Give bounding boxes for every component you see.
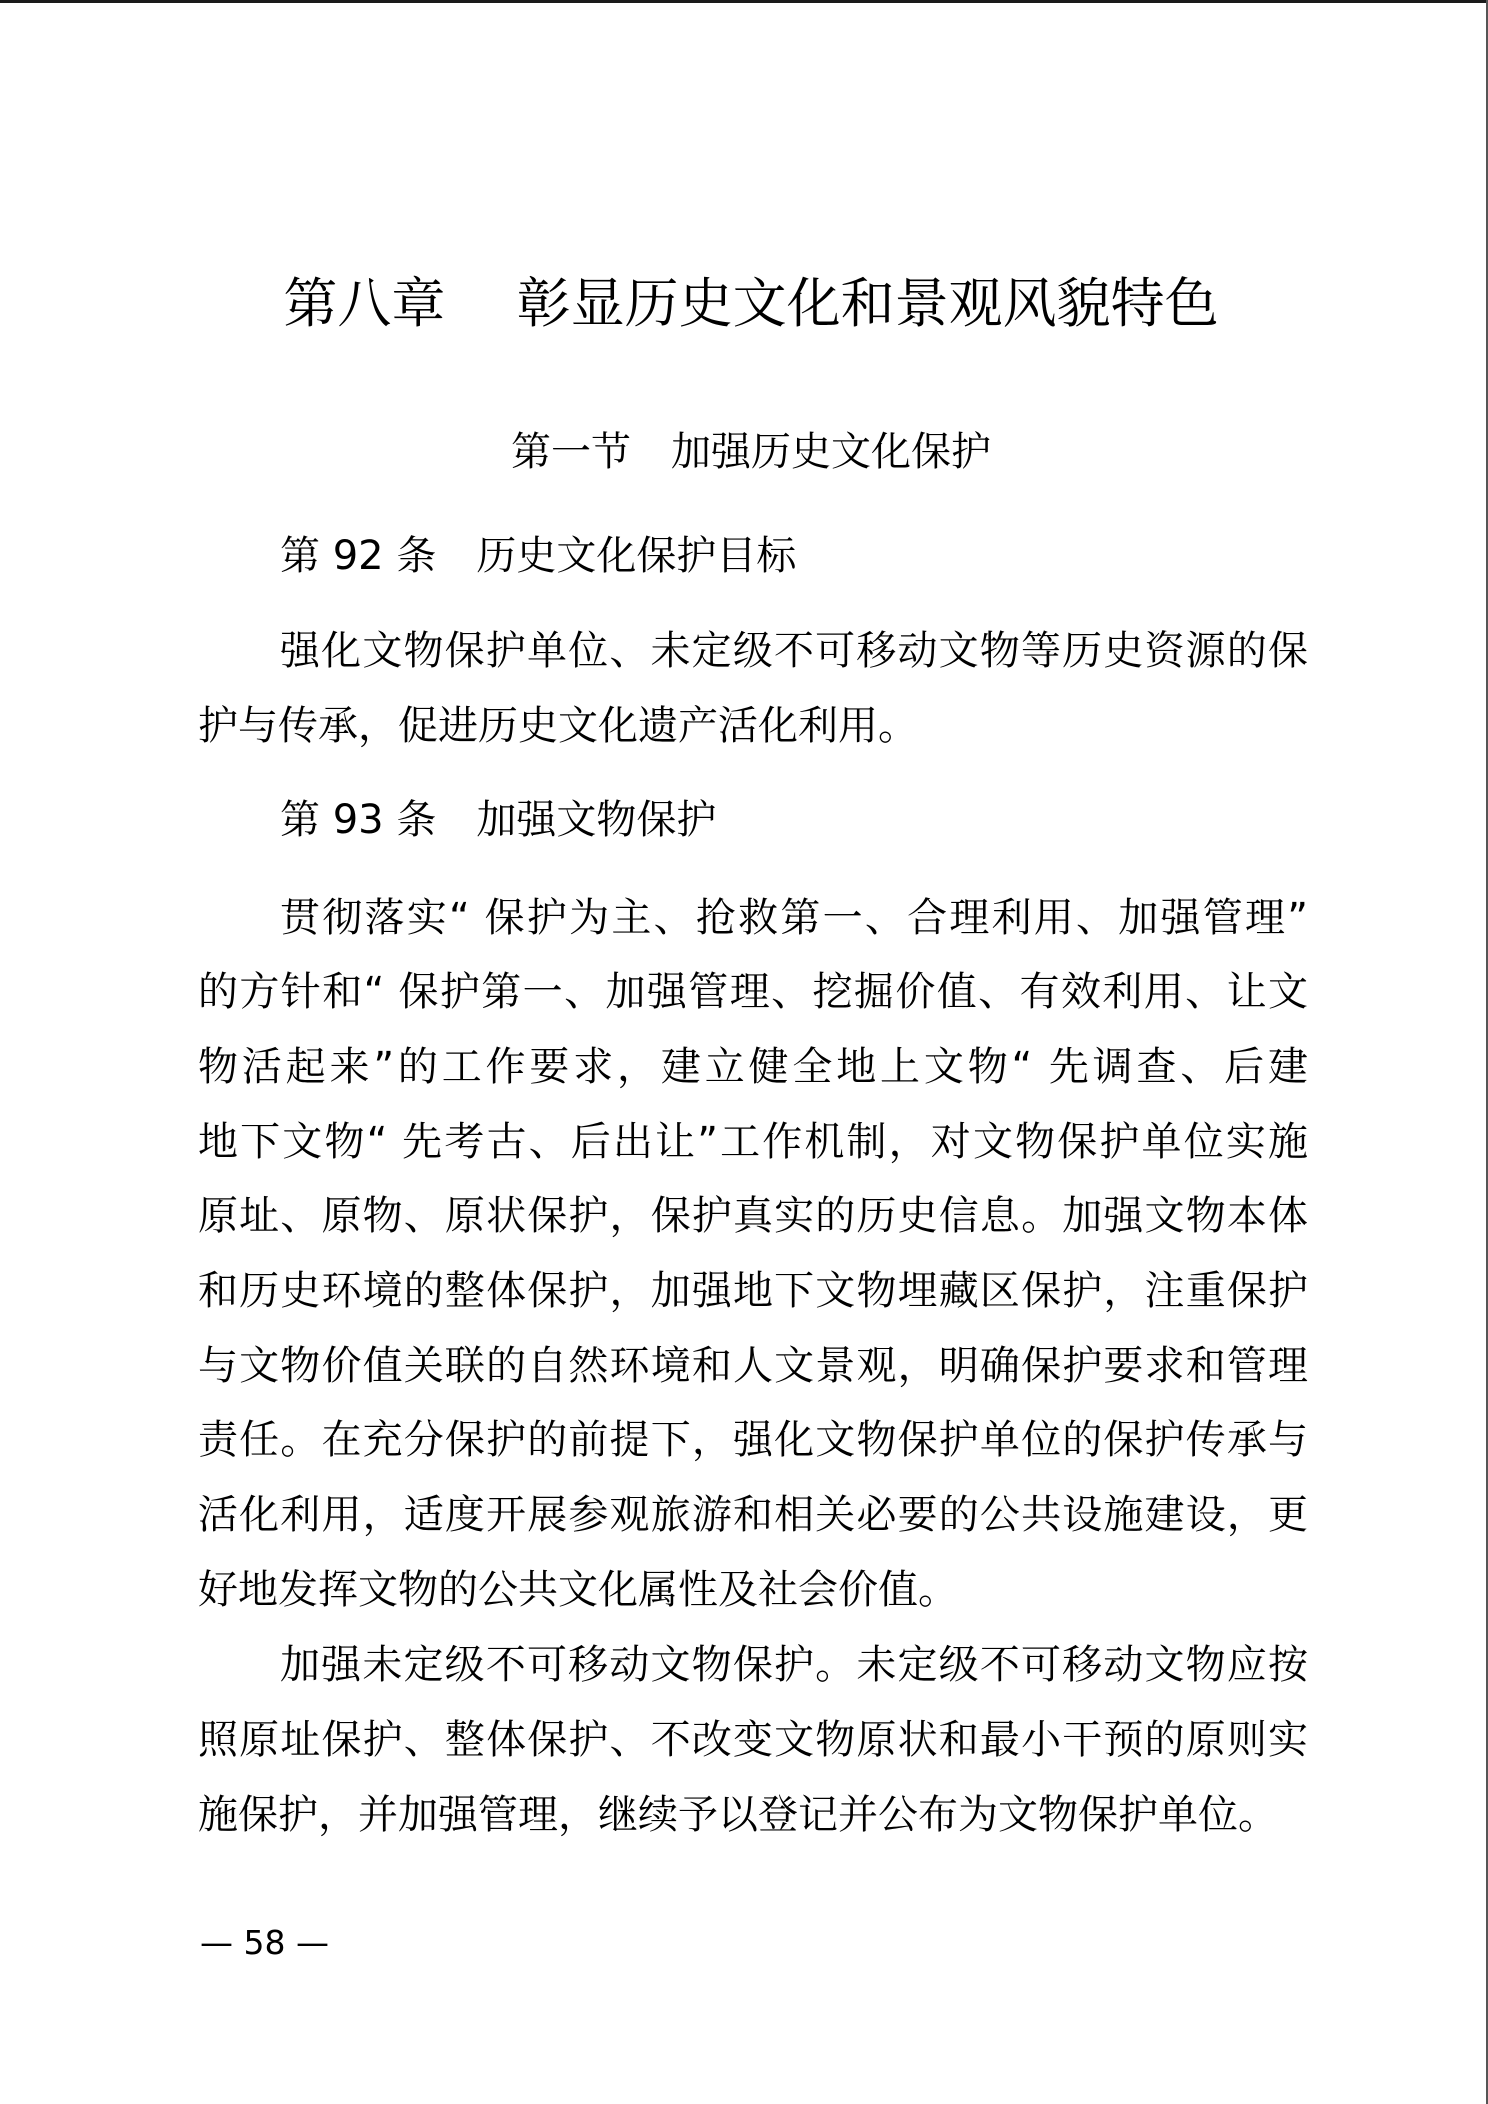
article-93-paragraph-1-line-1: 贯彻落实“ 保护为主、抢救第一、合理利用、加强管理”	[280, 880, 1308, 956]
article-93-paragraph-2-line-1: 加强未定级不可移动文物保护。未定级不可移动文物应按	[280, 1627, 1308, 1703]
article-93-paragraph-1-line-7: 与文物价值关联的自然环境和人文景观，明确保护要求和管理	[198, 1328, 1308, 1404]
article-93-paragraph-1-line-10: 好地发挥文物的公共文化属性及社会价值。	[198, 1552, 1308, 1628]
article-93-heading: 第 93 条 加强文物保护	[280, 782, 1308, 858]
document-page: 第八章 彰显历史文化和景观风貌特色 第一节 加强历史文化保护 第 92 条 历史…	[0, 0, 1488, 2104]
article-93-paragraph-1-line-3: 物活起来”的工作要求，建立健全地上文物“ 先调查、后建设”、	[198, 1029, 1308, 1105]
article-92-paragraph-1-line-2: 护与传承，促进历史文化遗产活化利用。	[198, 688, 1308, 764]
article-93-paragraph-1-line-5: 原址、原物、原状保护，保护真实的历史信息。加强文物本体	[198, 1178, 1308, 1254]
article-93-paragraph-1-line-9: 活化利用，适度开展参观旅游和相关必要的公共设施建设，更	[198, 1477, 1308, 1553]
article-93-paragraph-2-line-2: 照原址保护、整体保护、不改变文物原状和最小干预的原则实	[198, 1702, 1308, 1778]
chapter-title: 第八章 彰显历史文化和景观风貌特色	[0, 264, 1488, 344]
article-93-paragraph-1-line-4: 地下文物“ 先考古、后出让”工作机制，对文物保护单位实施	[198, 1104, 1308, 1180]
section-title: 第一节 加强历史文化保护	[0, 414, 1488, 490]
article-93-paragraph-1-line-8: 责任。在充分保护的前提下，强化文物保护单位的保护传承与	[198, 1402, 1308, 1478]
article-93-paragraph-1-line-6: 和历史环境的整体保护，加强地下文物埋藏区保护，注重保护	[198, 1253, 1308, 1329]
article-93-paragraph-1-line-2: 的方针和“ 保护第一、加强管理、挖掘价值、有效利用、让文	[198, 954, 1308, 1030]
article-92-paragraph-1-line-1: 强化文物保护单位、未定级不可移动文物等历史资源的保	[280, 613, 1308, 689]
article-92-heading: 第 92 条 历史文化保护目标	[280, 518, 1308, 594]
page-top-border	[0, 0, 1488, 3]
article-93-paragraph-2-line-3: 施保护，并加强管理，继续予以登记并公布为文物保护单位。	[198, 1777, 1308, 1853]
page-number: — 58 —	[200, 1918, 329, 1968]
